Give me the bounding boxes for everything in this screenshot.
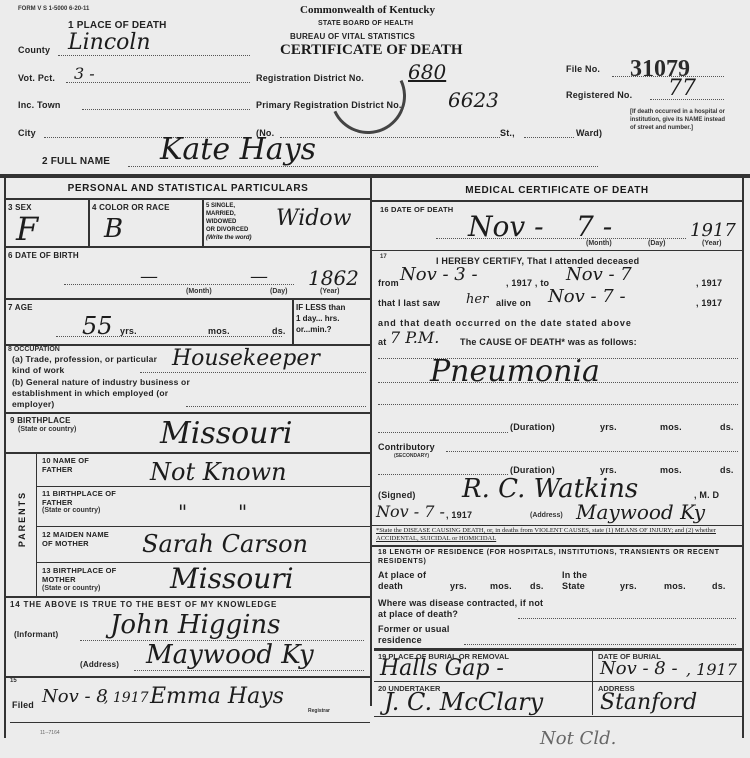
dod-year-caption: (Year) xyxy=(702,240,721,247)
left-border xyxy=(4,178,6,738)
row-rule-4 xyxy=(4,412,370,414)
full-name-label: 2 FULL NAME xyxy=(42,156,110,167)
sex-value[interactable]: F xyxy=(16,210,38,248)
father-name-label: 10 NAME OF FATHER xyxy=(42,456,102,474)
county-value[interactable]: Lincoln xyxy=(68,30,151,55)
dob-day[interactable]: — xyxy=(250,266,268,287)
duration-yrs: yrs. xyxy=(600,422,617,432)
row-rule-7 xyxy=(36,526,370,527)
in-state-yrs: yrs. xyxy=(620,581,637,591)
date-of-death-day[interactable]: 7 - xyxy=(576,210,612,243)
burial-rule xyxy=(374,681,744,682)
disease-contracted-line[interactable] xyxy=(518,618,736,619)
alive-on-label: alive on xyxy=(496,298,531,308)
less-than-label: IF LESS than 1 day... hrs. or...min.? xyxy=(296,302,345,335)
duration-ds: ds. xyxy=(720,422,734,432)
birthplace-label: 9 BIRTHPLACE xyxy=(10,416,71,425)
mother-birthplace-label: 13 BIRTHPLACE OF MOTHER xyxy=(42,566,122,584)
attended-to-value[interactable]: Nov - 7 xyxy=(566,264,632,285)
county-label: County xyxy=(18,45,50,55)
ward-label: Ward) xyxy=(576,128,602,138)
filed-label: Filed xyxy=(12,700,34,710)
in-state-ds: ds. xyxy=(712,581,726,591)
row-rule-10 xyxy=(4,676,370,678)
filed-number: 15 xyxy=(10,678,17,684)
row-rule-1 xyxy=(4,246,370,248)
in-state-label: In the State xyxy=(562,570,602,592)
footer-code: 11--7164 xyxy=(40,730,60,736)
mother-name-label: 12 MAIDEN NAME OF MOTHER xyxy=(42,530,122,548)
certificate-title: CERTIFICATE OF DEATH xyxy=(280,42,463,59)
full-name-value[interactable]: Kate Hays xyxy=(160,132,316,167)
primary-registration-label: Primary Registration District No. xyxy=(256,100,402,110)
primary-registration-value[interactable]: 6623 xyxy=(448,88,499,112)
center-divider xyxy=(370,178,372,706)
father-birthplace-sub: (State or country) xyxy=(42,507,100,514)
date-of-death-month[interactable]: Nov - xyxy=(468,210,544,243)
informant-address-label: (Address) xyxy=(80,660,119,669)
registered-no-value[interactable]: 77 xyxy=(668,76,696,101)
bottom-rule-left xyxy=(10,722,370,723)
medical-rule-1 xyxy=(370,250,744,251)
city-label: City xyxy=(18,128,36,138)
dob-year[interactable]: 1862 xyxy=(308,266,359,290)
age-years-value[interactable]: 55 xyxy=(82,312,113,340)
dob-day-caption: (Day) xyxy=(270,288,288,295)
former-residence-label: Former or usual residence xyxy=(378,624,478,646)
undertaker-address-value[interactable]: Stanford xyxy=(600,690,697,715)
signed-label: (Signed) xyxy=(378,490,416,500)
informant-statement: 14 THE ABOVE IS TRUE TO THE BEST OF MY K… xyxy=(10,600,277,609)
dod-day-caption: (Day) xyxy=(648,240,666,247)
birthplace-sub: (State or country) xyxy=(18,426,76,433)
at-place-mos: mos. xyxy=(490,581,512,591)
inc-town-label: Inc. Town xyxy=(18,100,61,110)
cause-footnote: *State the DISEASE CAUSING DEATH, or, in… xyxy=(376,527,740,543)
annotation-note: Not Cld. xyxy=(540,728,616,749)
inc-town-line[interactable] xyxy=(82,109,250,110)
physician-address-value[interactable]: Maywood Ky xyxy=(576,500,705,524)
dob-month-caption: (Month) xyxy=(186,288,212,295)
secondary-label: (SECONDARY) xyxy=(394,453,429,459)
certify-number: 17 xyxy=(380,254,387,260)
at-label: at xyxy=(378,337,386,347)
dob-month[interactable]: — xyxy=(140,266,158,287)
sex-race-divider xyxy=(88,198,90,246)
informant-address-value[interactable]: Maywood Ky xyxy=(146,640,314,670)
time-of-death-value[interactable]: 7 P.M. xyxy=(390,328,439,347)
row-rule-2 xyxy=(4,298,370,300)
medical-rule-2 xyxy=(370,525,744,526)
disease-contracted-label: Where was disease contracted, if not at … xyxy=(378,598,548,620)
last-saw-label: that I last saw xyxy=(378,298,440,308)
age-yrs-caption: yrs. xyxy=(120,326,137,336)
file-no-label: File No. xyxy=(566,64,600,74)
mother-birthplace-value[interactable]: Missouri xyxy=(170,562,294,595)
parents-divider xyxy=(36,452,37,596)
commonwealth-heading: Commonwealth of Kentucky xyxy=(300,4,435,16)
physician-address-label: (Address) xyxy=(530,512,563,519)
informant-label: (Informant) xyxy=(14,630,58,639)
personal-heading-rule xyxy=(4,198,370,200)
mother-name-value[interactable]: Sarah Carson xyxy=(142,530,308,558)
father-birthplace-label: 11 BIRTHPLACE OF FATHER xyxy=(42,489,122,507)
death-occurred-text: and that death occurred on the date stat… xyxy=(378,318,632,328)
at-place-ds: ds. xyxy=(530,581,544,591)
contributory-ds: ds. xyxy=(720,465,734,475)
row-rule-6 xyxy=(36,486,370,487)
age-ds-caption: ds. xyxy=(272,326,286,336)
contributory-mos: mos. xyxy=(660,465,682,475)
burial-place-value[interactable]: Halls Gap - xyxy=(380,656,504,681)
undertaker-value[interactable]: J. C. McClary xyxy=(384,688,543,716)
header-divider xyxy=(0,174,750,178)
st-label: St., xyxy=(500,128,515,138)
row-rule-5 xyxy=(4,452,370,454)
from-label: from xyxy=(378,278,399,288)
cause-line-3 xyxy=(378,404,738,405)
occupation-a-line xyxy=(140,372,366,373)
to-year-text: , 1917 xyxy=(696,278,722,288)
date-of-death-year[interactable]: 1917 xyxy=(690,220,736,241)
signed-year-text: , 1917 xyxy=(446,510,472,520)
date-of-death-label: 16 DATE OF DEATH xyxy=(380,205,453,214)
mother-birthplace-sub: (State or country) xyxy=(42,585,100,592)
dob-year-caption: (Year) xyxy=(320,288,339,295)
md-label: , M. D xyxy=(694,490,719,500)
form-code: FORM V S 1-5000 6-20-11 xyxy=(18,6,89,12)
in-state-mos: mos. xyxy=(664,581,686,591)
birthplace-value[interactable]: Missouri xyxy=(160,416,292,451)
informant-address-line xyxy=(134,670,364,671)
vot-pct-value[interactable]: 3 - xyxy=(74,64,95,83)
alive-year-text: , 1917 xyxy=(696,298,722,308)
marital-value[interactable]: Widow xyxy=(276,206,351,231)
contributory-label: Contributory xyxy=(378,442,435,452)
registrar-label: Registrar xyxy=(308,708,330,714)
race-label: 4 COLOR OR RACE xyxy=(92,203,170,212)
filed-year-value[interactable]: , 1917 xyxy=(104,690,149,706)
personal-heading: PERSONAL AND STATISTICAL PARTICULARS xyxy=(6,183,370,194)
registrar-signature[interactable]: Emma Hays xyxy=(150,684,284,709)
undertaker-rule xyxy=(374,716,744,717)
age-label: 7 AGE xyxy=(8,303,33,312)
duration-mos: mos. xyxy=(660,422,682,432)
residence-rule xyxy=(374,648,744,651)
duration-line xyxy=(378,432,508,433)
informant-value[interactable]: John Higgins xyxy=(110,610,281,640)
at-place-label: At place of death xyxy=(378,570,434,592)
cause-label: The CAUSE OF DEATH* was as follows: xyxy=(460,337,637,347)
bureau-heading: BUREAU OF VITAL STATISTICS xyxy=(290,32,415,41)
burial-date-value[interactable]: Nov - 8 - xyxy=(600,658,678,679)
attended-from-value[interactable]: Nov - 3 - xyxy=(400,264,478,285)
former-residence-line[interactable] xyxy=(464,644,736,645)
row-rule-9 xyxy=(4,596,370,598)
father-birthplace-value[interactable]: " " xyxy=(178,500,247,524)
occupation-label: 8 OCCUPATION xyxy=(8,346,60,353)
alive-on-value[interactable]: Nov - 7 - xyxy=(548,286,626,307)
hospital-note: [If death occurred in a hospital or inst… xyxy=(630,108,726,132)
burial-divider xyxy=(592,651,593,715)
filed-date-value[interactable]: Nov - 8 xyxy=(42,686,108,707)
dob-label: 6 DATE OF BIRTH xyxy=(8,251,79,260)
registration-district-label: Registration District No. xyxy=(256,73,364,83)
age-mos-caption: mos. xyxy=(208,326,230,336)
medical-rule-3 xyxy=(370,545,744,547)
registered-no-label: Registered No. xyxy=(566,90,632,100)
at-place-yrs: yrs. xyxy=(450,581,467,591)
burial-date-year[interactable]: , 1917 xyxy=(686,660,737,679)
occupation-value[interactable]: Housekeeper xyxy=(172,346,320,371)
marital-label: 5 SINGLE, MARRIED, WIDOWED OR DIVORCED (… xyxy=(206,202,252,242)
contributory-line[interactable] xyxy=(446,451,738,452)
from-year-text: , 1917 , to xyxy=(506,278,549,288)
signed-date-value[interactable]: Nov - 7 - xyxy=(376,502,445,521)
seal-stamp xyxy=(319,47,416,144)
parents-side-label: PARENTS xyxy=(17,489,27,549)
race-marital-divider xyxy=(202,198,204,246)
medical-heading: MEDICAL CERTIFICATE OF DEATH xyxy=(372,185,742,196)
medical-heading-rule xyxy=(370,200,744,202)
right-border xyxy=(742,178,744,738)
father-name-value[interactable]: Not Known xyxy=(150,458,287,486)
last-saw-pronoun[interactable]: her xyxy=(466,292,488,307)
county-line xyxy=(58,55,250,56)
dod-month-caption: (Month) xyxy=(586,240,612,247)
vot-pct-label: Vot. Pct. xyxy=(18,73,55,83)
occupation-b-line[interactable] xyxy=(186,406,366,407)
race-value[interactable]: B xyxy=(104,214,123,244)
board-heading: STATE BOARD OF HEALTH xyxy=(318,20,413,27)
age-less-divider xyxy=(292,298,294,344)
ward-line[interactable] xyxy=(524,137,574,138)
residence-label: 18 LENGTH OF RESIDENCE (FOR HOSPITALS, I… xyxy=(378,548,738,566)
duration-label: (Duration) xyxy=(510,422,555,432)
occupation-b-label: (b) General nature of industry business … xyxy=(12,377,192,410)
registration-district-value[interactable]: 680 xyxy=(408,60,446,84)
cause-of-death-value[interactable]: Pneumonia xyxy=(430,354,600,389)
